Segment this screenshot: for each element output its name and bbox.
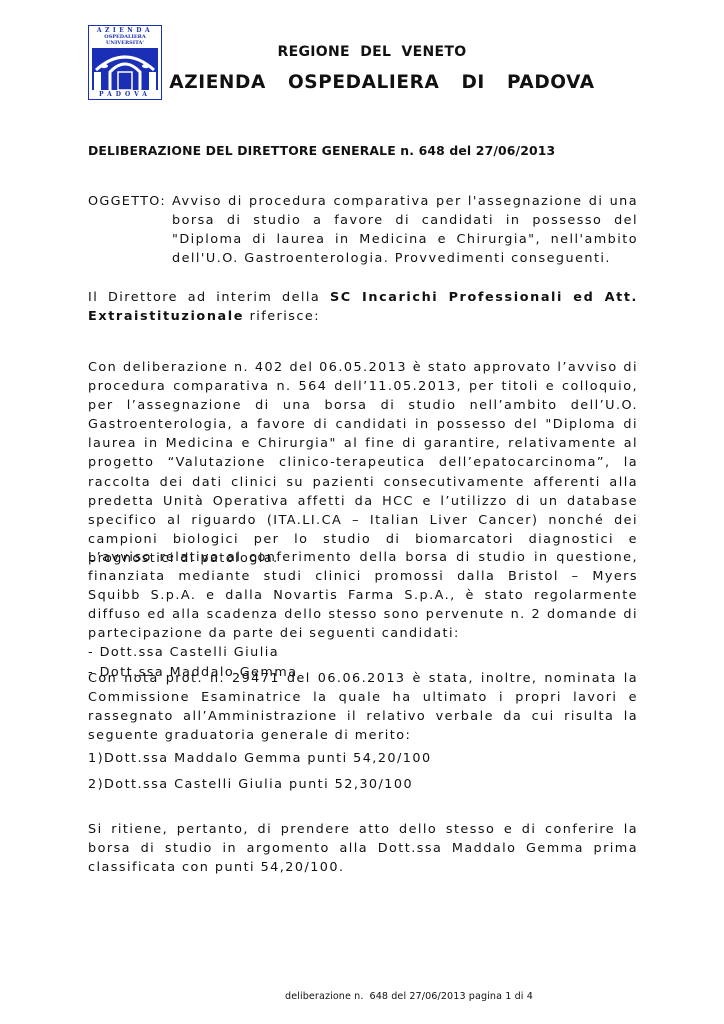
deliberation-title: DELIBERAZIONE DEL DIRETTORE GENERALE n. … bbox=[88, 143, 555, 158]
applications-text: L’avviso relativo al conferimento della … bbox=[88, 548, 638, 643]
director-intro-suffix: riferisce: bbox=[244, 309, 320, 324]
paragraph-conclusion: Si ritiene, pertanto, di prendere atto d… bbox=[88, 820, 638, 877]
page-footer: deliberazione n.648 del 27/06/2013 pagin… bbox=[285, 991, 533, 1002]
ranking-number: 1) bbox=[88, 749, 104, 768]
director-intro-prefix: Il Direttore ad interim della bbox=[88, 290, 330, 305]
subject-label: OGGETTO: bbox=[88, 192, 172, 268]
candidate-item: - Dott.ssa Castelli Giulia bbox=[88, 643, 638, 662]
director-intro: Il Direttore ad interim della SC Incaric… bbox=[88, 288, 638, 326]
ranking-item: 1)Dott.ssa Maddalo Gemma punti 54,20/100 bbox=[88, 749, 638, 768]
document-page: AZIENDA OSPEDALIERA UNIVERSITA' PADOVA R… bbox=[0, 0, 724, 1024]
ranking-text: Dott.ssa Maddalo Gemma punti 54,20/100 bbox=[104, 751, 432, 766]
ranking-item: 2)Dott.ssa Castelli Giulia punti 52,30/1… bbox=[88, 775, 638, 794]
region-heading: REGIONE DEL VENETO bbox=[0, 44, 724, 60]
paragraph-commission: Con nota prot. n. 29471 del 06.06.2013 è… bbox=[88, 669, 638, 745]
ranking-text: Dott.ssa Castelli Giulia punti 52,30/100 bbox=[104, 777, 413, 792]
footer-prefix: deliberazione n. bbox=[285, 991, 363, 1002]
ranking-number: 2) bbox=[88, 775, 104, 794]
subject-text: Avviso di procedura comparativa per l'as… bbox=[172, 192, 638, 268]
footer-page-info: 648 del 27/06/2013 pagina 1 di 4 bbox=[369, 991, 532, 1002]
paragraph-approval: Con deliberazione n. 402 del 06.05.2013 … bbox=[88, 358, 638, 568]
organization-heading: AZIENDA OSPEDALIERA DI PADOVA bbox=[0, 72, 724, 93]
subject-block: OGGETTO: Avviso di procedura comparativa… bbox=[88, 192, 638, 268]
paragraph-applications: L’avviso relativo al conferimento della … bbox=[88, 548, 638, 682]
